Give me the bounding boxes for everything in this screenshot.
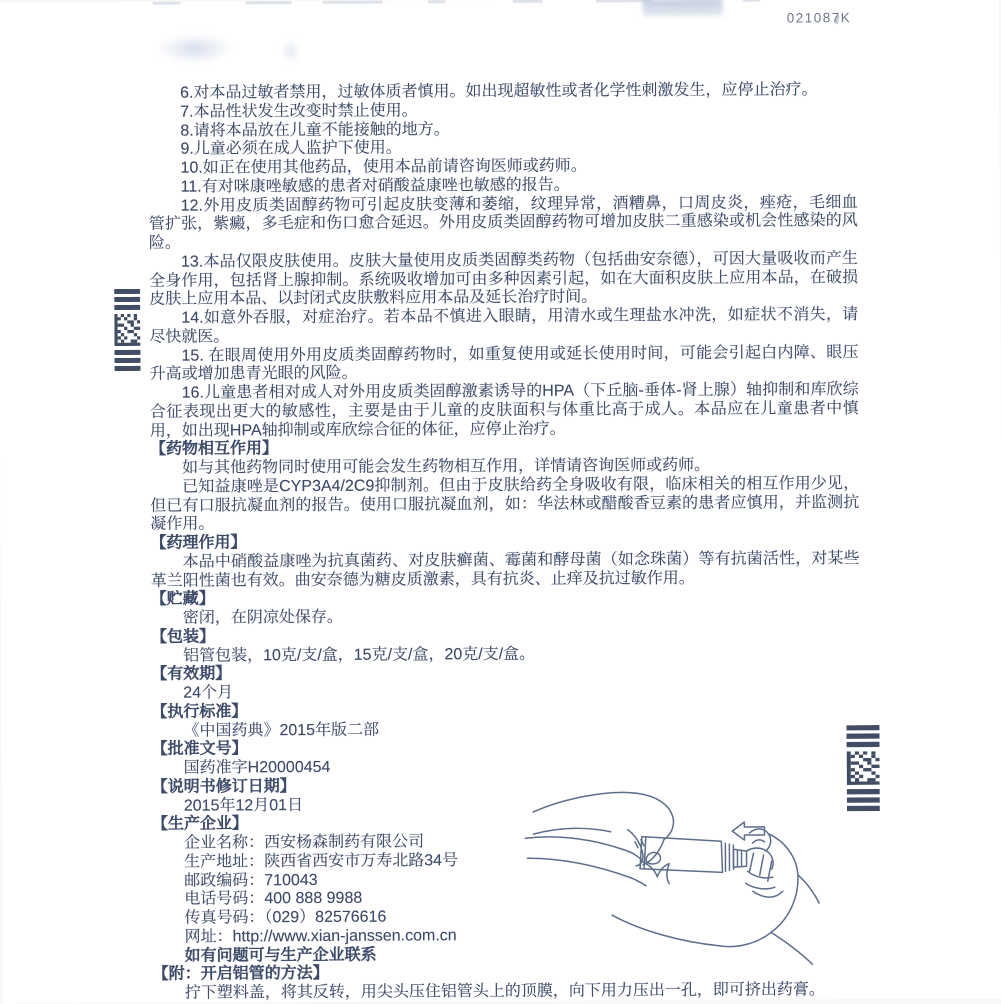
tube-body [640,836,723,873]
field-label: 网址： [184,928,232,945]
scan-dash [153,2,181,5]
right-wrist-lines [771,875,820,965]
faint-stamp [156,33,234,63]
interactions-paragraph: 已知益康唑是CYP3A4/2C9抑制剂。但由于皮肤给药全身吸收有限，临床相关的相… [150,475,859,535]
field-value: 400 888 9988 [264,890,362,908]
datamatrix-print-mark-left [114,289,140,372]
right-hand-bottom [719,932,771,946]
field-label: 邮政编码： [184,872,264,889]
upper-hand-outline [533,792,673,840]
scan-dash [513,0,543,3]
field-value: 陕西省西安市万寿北路34号 [264,852,458,870]
field-value: （029）82576616 [264,909,386,927]
print-code: 021087K [787,10,852,25]
faint-stamp [281,39,301,63]
field-label: 生产地址： [184,853,264,870]
field-label: 企业名称： [184,834,264,851]
field-value: 西安杨森制药有限公司 [264,833,424,851]
lower-wrist-sweep [612,915,719,947]
scan-smudge [643,0,723,16]
precaution-item-14: 14.如意外吞服，对症治疗。若本品不慎进入眼睛，用清水或生理盐水冲洗，如症状不消… [149,306,858,347]
appendix-paragraph: 拧下塑料盖，将其反转，用尖头压住铝管头上的顶膜，向下用力压出一孔，即可挤出药膏。 [153,981,862,1001]
left-arrow-icon [732,822,764,840]
scan-dash [743,0,761,2]
lower-arm-bottom [527,858,646,887]
scan-dash [428,0,446,3]
precaution-item-6: 6.对本品过敏者禁用，过敏体质者慎用。如出现超敏性或者化学性刺激发生，应停止治疗… [148,81,857,103]
lower-fingers [644,863,669,884]
precaution-item-16: 16.儿童患者相对成人对外用皮质类固醇激素诱导的HPA（下丘脑-垂体-肾上腺）轴… [150,381,859,441]
field-label: 传真号码： [184,909,264,926]
field-label: 电话号码： [184,890,264,907]
leaflet-page: 021087K [0,0,1001,1001]
hands-opening-tube-illustration [515,770,823,968]
upper-arm-underside [533,828,610,834]
pharmacology-paragraph: 本品中硝酸益康唑为抗真菌药、对皮肤癣菌、霉菌和酵母菌（如念珠菌）等有抗菌活性，对… [151,550,860,591]
scan-dash [323,1,383,4]
field-value: 710043 [264,871,317,888]
palm-crease [753,891,783,897]
precaution-item-12: 12.外用皮质类固醇药物可引起皮肤变薄和萎缩，纹理异常，酒糟鼻，口周皮炎，痤疮，… [149,194,858,254]
precaution-item-13: 13.本品仅限皮肤使用。皮肤大量使用皮质类固醇类药物（包括曲安奈德），可因大量吸… [149,250,858,310]
tube-cap [733,849,746,867]
scan-dash [246,1,292,4]
tube-shoulder-ridges [725,843,733,871]
right-palm-edge [769,834,799,933]
precaution-item-15: 15. 在眼周使用外用皮质类固醇药物时，如重复使用或延长使用时间，可能会引起白内… [149,344,858,385]
right-thumb-inner [752,840,764,843]
field-value: http://www.xian-janssen.com.cn [233,927,457,945]
